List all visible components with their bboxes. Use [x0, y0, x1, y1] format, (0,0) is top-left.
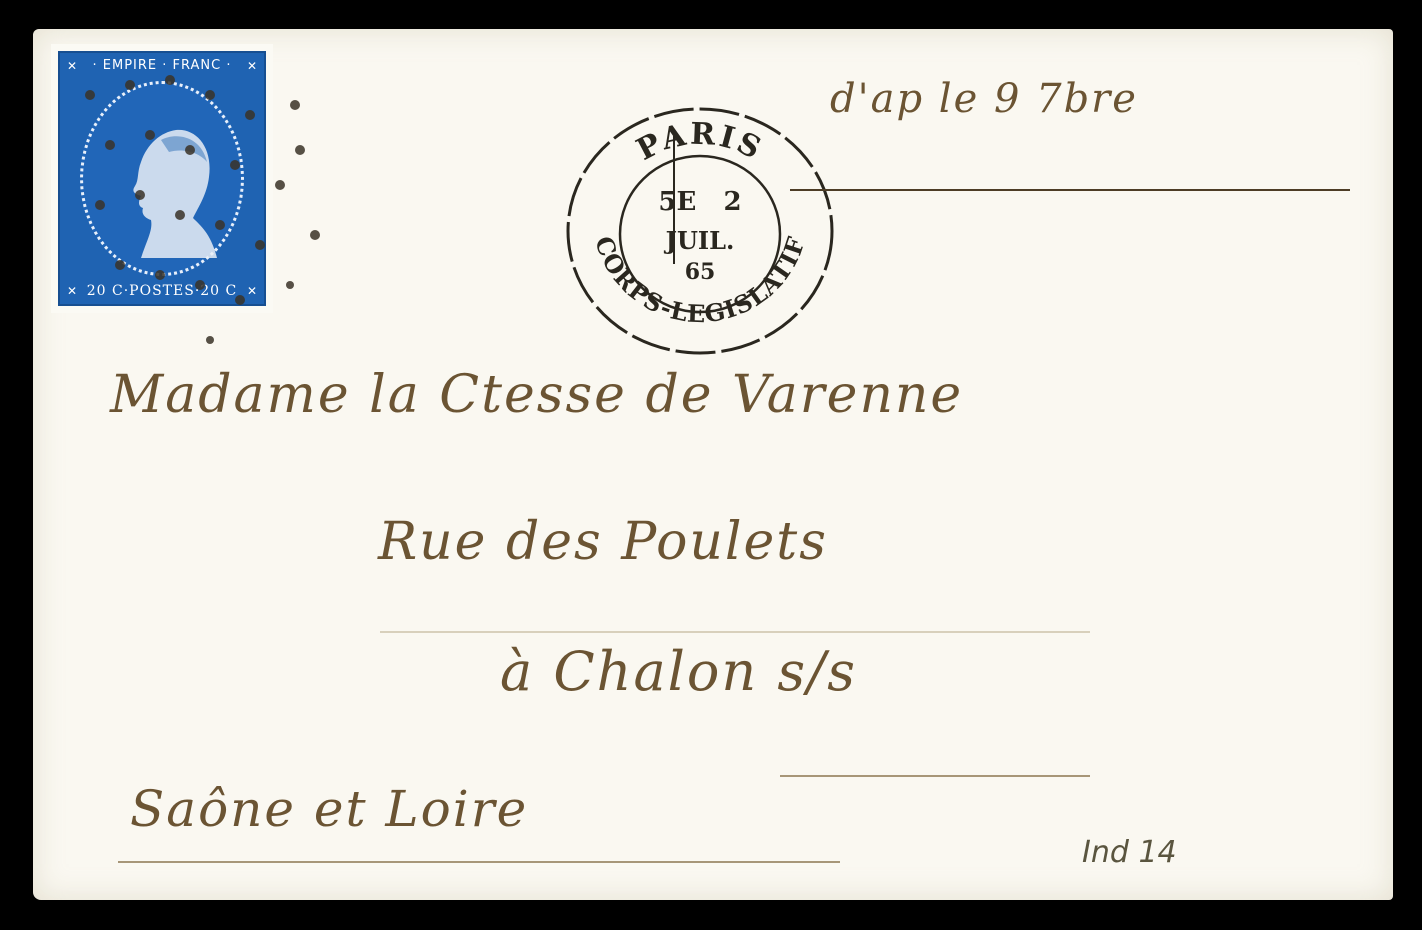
svg-text:PARIS: PARIS	[631, 117, 769, 168]
paris-postmark: PARIS CORPS-LEGISLATIF 5E 2 JUIL. 65	[562, 104, 838, 358]
address-recipient: Madame la Ctesse de Varenne	[110, 365, 963, 425]
stamp-corner-icon: ✕	[63, 57, 81, 75]
stamp-design: ✕ ✕ ✕ ✕ · EMPIRE · FRANC · 20 C·POSTES·2…	[58, 51, 266, 306]
stamp-corner-icon: ✕	[243, 282, 261, 300]
postmark-time-day: 5E 2	[562, 187, 838, 217]
postmark-day: 2	[723, 187, 741, 217]
address-department: Saône et Loire	[130, 780, 528, 838]
postmark-time: 5E	[658, 187, 696, 217]
stamp-corner-icon: ✕	[243, 57, 261, 75]
postmark-city: PARIS	[631, 117, 769, 168]
handwritten-annotation: d'ap le 9 7bre	[830, 76, 1138, 122]
postmark-month: JUIL.	[562, 226, 838, 255]
postmark-year: 65	[562, 259, 838, 285]
portrait-icon	[121, 122, 221, 262]
pencil-note: Ind 14	[1082, 835, 1177, 870]
address-city: à Chalon s/s	[500, 640, 857, 703]
stamp-medallion	[80, 81, 244, 276]
address-street: Rue des Poulets	[378, 512, 828, 572]
stamp-corner-icon: ✕	[63, 282, 81, 300]
stamp-top-text: · EMPIRE · FRANC ·	[84, 57, 240, 75]
stamp-bottom-text: 20 C·POSTES·20 C	[84, 282, 240, 300]
postage-stamp: ✕ ✕ ✕ ✕ · EMPIRE · FRANC · 20 C·POSTES·2…	[51, 44, 273, 313]
